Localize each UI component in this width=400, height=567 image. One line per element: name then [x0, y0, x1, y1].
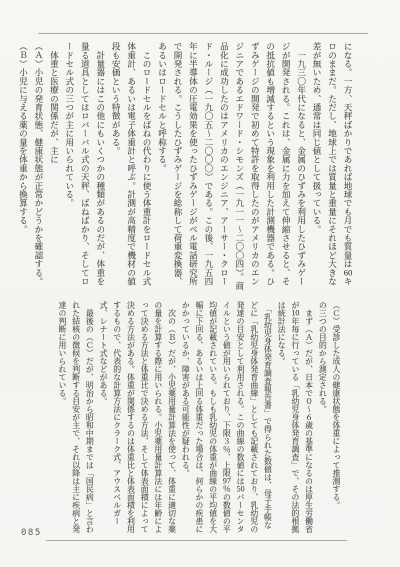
paragraph: （Ｂ）小児に与える薬の量を体重から換算する。: [15, 42, 30, 291]
footer-rule: [46, 540, 347, 541]
vertical-text-block-lower: （Ｃ）受診した成人の健康状態を体重によって推測する。の三つの目的から測定される。…: [47, 301, 343, 537]
paragraph: このロードセルをばねの代わりに使う体重計をロードセル式体重計、あるいは電子体重計…: [108, 42, 154, 291]
paragraph: まず（Ａ）だが、日本で０～６歳の基準になるのは厚生労働省が10年毎に行っている「…: [274, 301, 315, 537]
book-page: になる。一方、天秤ばかりであれば地球でも月でも質量は60キロのままだ。ただし、地…: [0, 0, 400, 567]
paragraph: 次の（Ｂ）だが、小児薬用量計算法を使って、体重に適切な薬の量を計算する際に用いら…: [96, 301, 178, 537]
paragraph: 計量器にはこの他にもいくつかの種類があるのだが、体重を量る道具としてはロバーバル…: [61, 42, 107, 291]
header-rule: [38, 33, 368, 34]
paragraph: 一九三〇年代になると、金属のひずみを利用したひずみゲージが開発される。これは、金…: [154, 42, 309, 291]
paragraph: になる。一方、天秤ばかりであれば地球でも月でも質量は60キロのままだ。ただし、地…: [309, 42, 355, 291]
vertical-text-block-upper: になる。一方、天秤ばかりであれば地球でも月でも質量は60キロのままだ。ただし、地…: [21, 42, 355, 291]
paragraph: 体重と医療の関係だが、主に: [46, 42, 61, 291]
paragraph: （Ａ）小児の発育状態、健康状態が正常かどうかを確認する。: [30, 42, 45, 291]
paragraph: （Ｃ）受診した成人の健康状態を体重によって推測する。: [329, 301, 343, 537]
page-number: 085: [21, 528, 42, 538]
paragraph: 最後の（Ｃ）だが、明治から昭和中期までは「国民病」と言われた結核の徴候を判断する…: [55, 301, 96, 537]
paragraph: の三つの目的から測定される。: [316, 301, 330, 537]
paragraph: 「乳幼児身体発育調査報告書」で得られた数値は、母子手帳などに「乳幼児身体発育曲線…: [179, 301, 275, 537]
